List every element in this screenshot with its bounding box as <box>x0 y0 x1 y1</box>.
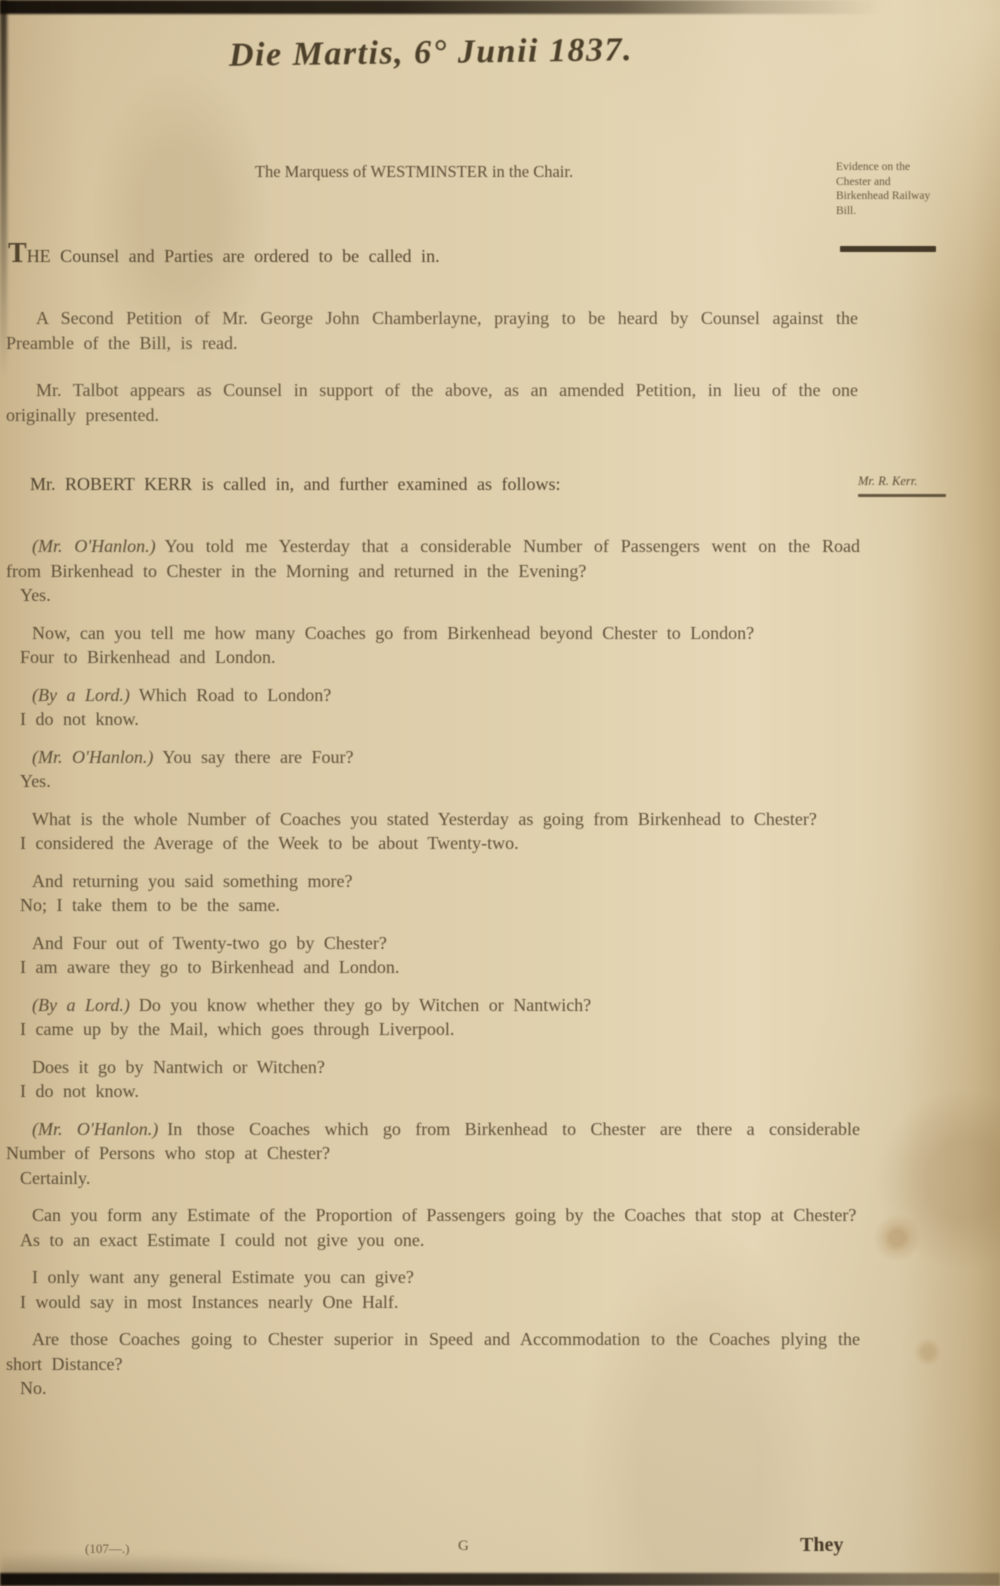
testimony-section: (Mr. O'Hanlon.)You told me Yesterday tha… <box>6 534 860 1414</box>
qa-pair: What is the whole Number of Coaches you … <box>6 807 860 856</box>
qa-pair: Now, can you tell me how many Coaches go… <box>6 621 860 670</box>
question: (By a Lord.)Which Road to London? <box>6 683 860 708</box>
answer: Certainly. <box>6 1166 860 1191</box>
speaker-label: (Mr. O'Hanlon.) <box>32 1119 158 1139</box>
question-text: And Four out of Twenty-two go by Chester… <box>32 933 387 953</box>
scanned-document-page: Die Martis, 6° Junii 1837. The Marquess … <box>0 0 1000 1586</box>
qa-pair: Does it go by Nantwich or Witchen? I do … <box>6 1055 860 1104</box>
question: Are those Coaches going to Chester super… <box>6 1327 860 1376</box>
scan-left-edge <box>0 0 7 420</box>
question-text: I only want any general Estimate you can… <box>32 1267 414 1287</box>
qa-pair: (By a Lord.)Which Road to London? I do n… <box>6 683 860 732</box>
question-text: And returning you said something more? <box>32 871 352 891</box>
witness-intro: Mr. ROBERT KERR is called in, and furthe… <box>30 472 840 497</box>
question: (By a Lord.)Do you know whether they go … <box>6 993 860 1018</box>
qa-pair: (Mr. O'Hanlon.)You told me Yesterday tha… <box>6 534 860 608</box>
answer: I do not know. <box>6 1079 860 1104</box>
question: Now, can you tell me how many Coaches go… <box>6 621 860 646</box>
question: And Four out of Twenty-two go by Chester… <box>6 931 860 956</box>
question: (Mr. O'Hanlon.)You told me Yesterday tha… <box>6 534 860 583</box>
question-text: Do you know whether they go by Witchen o… <box>139 995 591 1015</box>
question-text: Which Road to London? <box>139 685 331 705</box>
qa-pair: Are those Coaches going to Chester super… <box>6 1327 860 1401</box>
margin-note-witness: Mr. R. Kerr. <box>858 474 958 489</box>
margin-note-rule <box>840 246 936 252</box>
qa-pair: (Mr. O'Hanlon.)You say there are Four? Y… <box>6 745 860 794</box>
answer: I would say in most Instances nearly One… <box>6 1290 860 1315</box>
page-title: Die Martis, 6° Junii 1837. <box>148 30 714 76</box>
signature-mark: G <box>458 1538 469 1555</box>
answer: Four to Birkenhead and London. <box>6 645 860 670</box>
question: I only want any general Estimate you can… <box>6 1265 860 1290</box>
question: And returning you said something more? <box>6 869 860 894</box>
question-text: Now, can you tell me how many Coaches go… <box>32 623 754 643</box>
qa-pair: And returning you said something more? N… <box>6 869 860 918</box>
speaker-label: (Mr. O'Hanlon.) <box>32 747 153 767</box>
speaker-label: (By a Lord.) <box>32 995 130 1015</box>
question: Can you form any Estimate of the Proport… <box>6 1203 860 1228</box>
qa-pair: And Four out of Twenty-two go by Chester… <box>6 931 860 980</box>
question-text: Can you form any Estimate of the Proport… <box>32 1205 856 1225</box>
answer: Yes. <box>6 583 860 608</box>
question-text: You say there are Four? <box>162 747 353 767</box>
question-text: Are those Coaches going to Chester super… <box>6 1329 860 1374</box>
question: Does it go by Nantwich or Witchen? <box>6 1055 860 1080</box>
margin-note-witness-rule <box>858 494 946 497</box>
answer: I do not know. <box>6 707 860 732</box>
chair-line: The Marquess of WESTMINSTER in the Chair… <box>118 162 710 182</box>
answer: I am aware they go to Birkenhead and Lon… <box>6 955 860 980</box>
qa-pair: I only want any general Estimate you can… <box>6 1265 860 1314</box>
speaker-label: (Mr. O'Hanlon.) <box>32 536 156 556</box>
question: (Mr. O'Hanlon.)You say there are Four? <box>6 745 860 770</box>
question: (Mr. O'Hanlon.)In those Coaches which go… <box>6 1117 860 1166</box>
question: What is the whole Number of Coaches you … <box>6 807 860 832</box>
margin-note-bill: Evidence on the Chester and Birkenhead R… <box>836 160 946 218</box>
answer: As to an exact Estimate I could not give… <box>6 1228 860 1253</box>
speaker-label: (By a Lord.) <box>32 685 130 705</box>
scan-top-edge <box>0 0 1000 14</box>
scan-bottom-edge <box>0 1573 1000 1586</box>
question-text: Does it go by Nantwich or Witchen? <box>32 1057 325 1077</box>
answer: I considered the Average of the Week to … <box>6 831 860 856</box>
qa-pair: (Mr. O'Hanlon.)In those Coaches which go… <box>6 1117 860 1191</box>
qa-pair: Can you form any Estimate of the Proport… <box>6 1203 860 1252</box>
answer: I came up by the Mail, which goes throug… <box>6 1017 860 1042</box>
question-text: What is the whole Number of Coaches you … <box>32 809 817 829</box>
answer: No. <box>6 1376 860 1401</box>
petition-paragraph: A Second Petition of Mr. George John Cha… <box>6 306 858 355</box>
counsel-paragraph: Mr. Talbot appears as Counsel in support… <box>6 378 858 427</box>
opening-paragraph: THE Counsel and Parties are ordered to b… <box>8 242 608 269</box>
answer: No; I take them to be the same. <box>6 893 860 918</box>
answer: Yes. <box>6 769 860 794</box>
qa-pair: (By a Lord.)Do you know whether they go … <box>6 993 860 1042</box>
catchword: They <box>800 1534 843 1557</box>
